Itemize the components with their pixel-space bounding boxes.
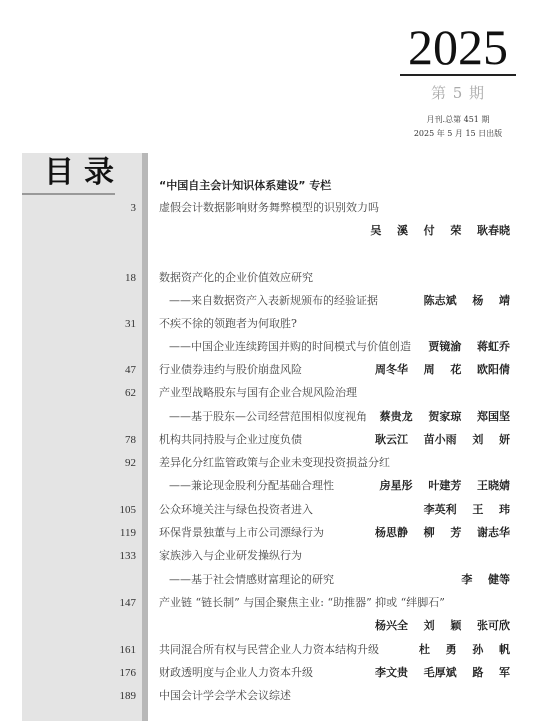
toc-entry[interactable]: 105公众环境关注与绿色投资者进入李英利 王 玮 xyxy=(0,500,554,520)
toc-entry[interactable]: 147产业链 “链长制” 与国企聚焦主业: “助推器” 抑或 “绊脚石” xyxy=(0,593,554,613)
toc-page-number: 3 xyxy=(100,198,136,218)
issue-label: 第 5 期 xyxy=(400,84,516,102)
toc-entry: 杨兴全 刘 颖 张可欣 xyxy=(0,616,554,636)
toc-page-number: 189 xyxy=(100,686,136,706)
toc-entry-subtitle: ——中国企业连续跨国并购的时间模式与价值创造 xyxy=(169,337,411,357)
frequency-total-label: 月刊.总第 451 期 xyxy=(390,115,526,125)
toc-section-header: “中国自主会计知识体系建设” 专栏 xyxy=(0,176,554,196)
toc-entry-subtitle: ——基于股东—公司经营范围相似度视角 xyxy=(169,407,367,427)
toc-entry[interactable]: 189中国会计学会学术会议综述 xyxy=(0,686,554,706)
toc-entry[interactable]: 62产业型战略股东与国有企业合规风险治理 xyxy=(0,383,554,403)
toc-entry-title[interactable]: 机构共同持股与企业过度负债 xyxy=(159,430,302,450)
toc-entry-title[interactable]: 行业债券违约与股价崩盘风险 xyxy=(159,360,302,380)
toc-entry[interactable]: 92差异化分红监管政策与企业未变现投资损益分红 xyxy=(0,453,554,473)
toc-entry-title[interactable]: 家族涉入与企业研发操纵行为 xyxy=(159,546,302,566)
toc-entry[interactable]: 47行业债券违约与股价崩盘风险周冬华 周 花 欧阳倩 xyxy=(0,360,554,380)
toc-entry-title[interactable]: 产业链 “链长制” 与国企聚焦主业: “助推器” 抑或 “绊脚石” xyxy=(159,593,445,613)
toc-entry[interactable]: 176财政透明度与企业人力资本升级李文贵 毛厚斌 路 军 xyxy=(0,663,554,683)
toc-page-number: 92 xyxy=(100,453,136,473)
publish-date-label: 2025 年 5 月 15 日出版 xyxy=(390,129,526,139)
toc-entry-title[interactable]: 差异化分红监管政策与企业未变现投资损益分红 xyxy=(159,453,390,473)
toc-page-number: 18 xyxy=(100,268,136,288)
toc-entry-authors: 周冬华 周 花 欧阳倩 xyxy=(375,360,510,380)
toc-page-number: 147 xyxy=(100,593,136,613)
toc-page-number: 105 xyxy=(100,500,136,520)
toc-entry-authors: 杨兴全 刘 颖 张可欣 xyxy=(375,616,510,636)
toc-entry-title[interactable]: 环保背景独董与上市公司漂绿行为 xyxy=(159,523,324,543)
toc-entry-title[interactable]: 产业型战略股东与国有企业合规风险治理 xyxy=(159,383,357,403)
toc-entry-title[interactable]: 共同混合所有权与民营企业人力资本结构升级 xyxy=(159,640,379,660)
toc-entry-title[interactable]: 不疾不徐的领跑者为何取胜? xyxy=(159,314,297,334)
toc-entry-title[interactable]: 中国会计学会学术会议综述 xyxy=(159,686,291,706)
toc-entry[interactable]: 78机构共同持股与企业过度负债耿云江 苗小雨 刘 妍 xyxy=(0,430,554,450)
toc-page-number: 119 xyxy=(100,523,136,543)
toc-entry-title[interactable]: 财政透明度与企业人力资本升级 xyxy=(159,663,313,683)
toc-page-number: 31 xyxy=(100,314,136,334)
toc-entry-subtitle: ——来自数据资产入表新规颁布的经验证据 xyxy=(169,291,378,311)
toc-entry[interactable]: 31不疾不徐的领跑者为何取胜? xyxy=(0,314,554,334)
toc-entry-authors: 杜 勇 孙 帆 xyxy=(419,640,510,660)
toc-entry[interactable]: 133家族涉入与企业研发操纵行为 xyxy=(0,546,554,566)
toc-entry-authors: 蔡贵龙 贺家琼 郑国坚 xyxy=(380,407,510,427)
toc-entry[interactable]: 119环保背景独董与上市公司漂绿行为杨思静 柳 芳 谢志华 xyxy=(0,523,554,543)
toc-page-number: 133 xyxy=(100,546,136,566)
toc-entry[interactable]: 3虚假会计数据影响财务舞弊模型的识别效力吗 xyxy=(0,198,554,218)
toc-entry-subtitle: ——基于社会情感财富理论的研究 xyxy=(169,570,334,590)
toc-entry-authors: 李文贵 毛厚斌 路 军 xyxy=(375,663,510,683)
toc-page-number: 161 xyxy=(100,640,136,660)
year-rule-divider xyxy=(400,74,516,76)
toc-entry: ——兼论现金股利分配基础合理性房星彤 叶建芳 王晓婧 xyxy=(0,476,554,496)
toc-entry: 吴 溪 付 荣 耿春晓 xyxy=(0,221,554,241)
toc-page-number: 176 xyxy=(100,663,136,683)
toc-page-number: 47 xyxy=(100,360,136,380)
toc-entry: ——基于股东—公司经营范围相似度视角蔡贵龙 贺家琼 郑国坚 xyxy=(0,407,554,427)
toc-entry: ——中国企业连续跨国并购的时间模式与价值创造贾镜渝 蒋虹乔 xyxy=(0,337,554,357)
toc-section-title: “中国自主会计知识体系建设” 专栏 xyxy=(159,176,331,196)
toc-entry: ——基于社会情感财富理论的研究李 健等 xyxy=(0,570,554,590)
toc-entry-authors: 陈志斌 杨 靖 xyxy=(424,291,510,311)
toc-entry-authors: 吴 溪 付 荣 耿春晓 xyxy=(370,221,510,241)
toc-entry-authors: 耿云江 苗小雨 刘 妍 xyxy=(375,430,510,450)
toc-entry-authors: 李英利 王 玮 xyxy=(424,500,510,520)
toc-entry-title[interactable]: 数据资产化的企业价值效应研究 xyxy=(159,268,313,288)
toc-entry-title[interactable]: 公众环境关注与绿色投资者进入 xyxy=(159,500,313,520)
toc-entry: ——来自数据资产入表新规颁布的经验证据陈志斌 杨 靖 xyxy=(0,291,554,311)
toc-entry[interactable]: 18数据资产化的企业价值效应研究 xyxy=(0,268,554,288)
toc-entry[interactable]: 161共同混合所有权与民营企业人力资本结构升级杜 勇 孙 帆 xyxy=(0,640,554,660)
toc-page-number: 78 xyxy=(100,430,136,450)
toc-page-number: 62 xyxy=(100,383,136,403)
toc-entry-authors: 房星彤 叶建芳 王晓婧 xyxy=(380,476,510,496)
toc-entry-subtitle: ——兼论现金股利分配基础合理性 xyxy=(169,476,334,496)
toc-entry-title[interactable]: 虚假会计数据影响财务舞弊模型的识别效力吗 xyxy=(159,198,379,218)
toc-entry-authors: 贾镜渝 蒋虹乔 xyxy=(428,337,510,357)
year-label: 2025 xyxy=(400,22,516,72)
toc-entry-authors: 杨思静 柳 芳 谢志华 xyxy=(375,523,510,543)
toc-entry-authors: 李 健等 xyxy=(461,570,510,590)
